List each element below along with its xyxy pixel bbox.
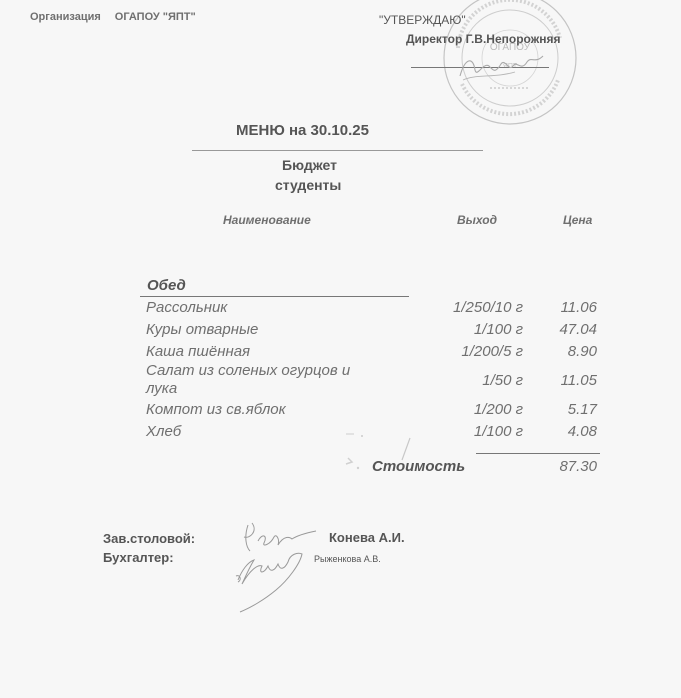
chef-name: Конева А.И. (329, 530, 405, 545)
approval-label: "УТВЕРЖДАЮ" (379, 13, 466, 27)
budget-label: Бюджет (282, 157, 337, 173)
section-title: Обед (147, 277, 186, 294)
organization: ОрганизацияОГАПОУ "ЯПТ" (30, 11, 196, 23)
column-header-output: Выход (457, 213, 497, 227)
item-output: 1/50 г (482, 372, 523, 389)
item-name: Куры отварные (146, 321, 258, 339)
item-price: 5.17 (568, 401, 597, 418)
column-header-price: Цена (563, 213, 592, 227)
accountant-name: Рыженкова А.В. (314, 554, 381, 564)
accountant-signature-icon (228, 540, 313, 615)
organization-value: ОГАПОУ "ЯПТ" (115, 11, 196, 23)
item-price: 4.08 (568, 423, 597, 440)
item-output: 1/100 г (474, 321, 523, 338)
item-name: Компот из св.яблок (146, 401, 286, 419)
menu-title: МЕНЮ на 30.10.25 (236, 122, 369, 139)
item-output: 1/200 г (474, 401, 523, 418)
title-divider (192, 150, 483, 151)
item-output: 1/200/5 г (461, 343, 523, 360)
organization-label: Организация (30, 11, 101, 23)
item-price: 47.04 (559, 321, 597, 338)
item-name-line: Салат из соленых огурцов и (146, 362, 350, 380)
item-name: Хлеб (146, 423, 181, 441)
total-value: 87.30 (559, 458, 597, 475)
audience-label: студенты (275, 177, 341, 193)
item-name: Рассольник (146, 299, 227, 317)
item-price: 8.90 (568, 343, 597, 360)
total-label: Стоимость (372, 458, 465, 475)
item-output: 1/250/10 г (453, 299, 523, 316)
accountant-label: Бухгалтер: (103, 550, 174, 565)
director-name: Директор Г.В.Непорожняя (406, 32, 560, 46)
item-name-line: лука (146, 380, 350, 398)
section-divider (140, 296, 409, 297)
item-output: 1/100 г (474, 423, 523, 440)
total-divider (476, 453, 600, 454)
director-signature-icon (455, 48, 550, 88)
item-price: 11.06 (561, 299, 597, 316)
item-name: Салат из соленых огурцов и лука (146, 362, 350, 398)
chef-label: Зав.столовой: (103, 531, 195, 546)
item-name: Каша пшённая (146, 343, 250, 361)
column-header-name: Наименование (223, 213, 311, 227)
item-price: 11.05 (561, 372, 597, 389)
